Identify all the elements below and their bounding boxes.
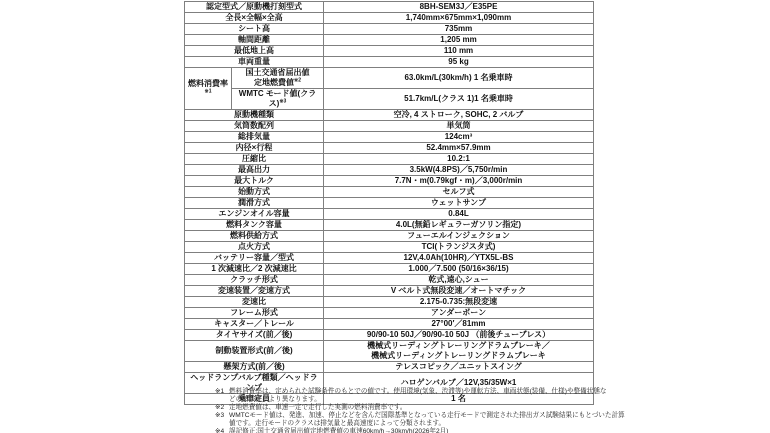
row-value: 3.5kW(4.8PS)／5,750r/min (324, 165, 594, 176)
row-value: 63.0km/L(30km/h) 1 名乗車時 (324, 68, 594, 89)
footnote-line: ※3WMTCモード値は、発進、加速、停止などを含んだ国際基準となっている走行モー… (215, 412, 715, 420)
row-label: 全長×全幅×全高 (185, 13, 324, 24)
row-label: 認定型式／原動機打刻型式 (185, 2, 324, 13)
row-value: 0.84L (324, 209, 594, 220)
row-value: アンダーボーン (324, 308, 594, 319)
footnote-ref: ※3 (279, 98, 286, 104)
table-row: 最高出力3.5kW(4.8PS)／5,750r/min (185, 165, 594, 176)
footnote-text: 誤記修正:国土交通省届出値定地燃費値の車速60km/h→30km/h(2026年… (229, 428, 448, 433)
footnote-line: ※1燃料消費率は、定められた試験条件のもとでの値です。使用環境(気象、渋滞等)や… (215, 388, 715, 396)
row-label: 原動機種類 (185, 110, 324, 121)
row-value: 乾式,遠心,シュー (324, 275, 594, 286)
row-label: エンジンオイル容量 (185, 209, 324, 220)
footnote-text: どの諸条件により異なります。 (229, 396, 321, 404)
row-label: 変速装置／変速方式 (185, 286, 324, 297)
row-label: 最低地上高 (185, 46, 324, 57)
footnote-line: ※2定地燃費値は、車速一定で走行した実測の燃料消費率です。 (215, 404, 715, 412)
footnote-text: 定地燃費値は、車速一定で走行した実測の燃料消費率です。 (229, 404, 407, 412)
footnote-marker: ※3 (215, 412, 229, 420)
table-row: タイヤサイズ(前／後)90/90-10 50J／90/90-10 50J （前後… (185, 330, 594, 341)
row-value: 124cm³ (324, 132, 594, 143)
row-label: タイヤサイズ(前／後) (185, 330, 324, 341)
row-label: 点火方式 (185, 242, 324, 253)
table-row: 最低地上高110 mm (185, 46, 594, 57)
table-row: シート高735mm (185, 24, 594, 35)
row-value: セルフ式 (324, 187, 594, 198)
row-label: 国土交通省届出値 定地燃費値※2 (232, 68, 324, 89)
table-row: 燃料供給方式フューエルインジェクション (185, 231, 594, 242)
row-label: シート高 (185, 24, 324, 35)
row-value: V ベルト式無段変速／オートマチック (324, 286, 594, 297)
row-label: 1 次減速比／2 次減速比 (185, 264, 324, 275)
table-row: 点火方式TCI(トランジスタ式) (185, 242, 594, 253)
row-value: 95 kg (324, 57, 594, 68)
footnote-text: WMTCモード値は、発進、加速、停止などを含んだ国際基準となっている走行モードで… (229, 412, 625, 420)
table-row: 制動装置形式(前／後)機械式リーディングトレーリングドラムブレーキ／ 機械式リー… (185, 341, 594, 362)
row-label: 変速比 (185, 297, 324, 308)
row-value: 1.000／7.500 (50/16×36/15) (324, 264, 594, 275)
row-value: 4.0L(無鉛レギュラーガソリン指定) (324, 220, 594, 231)
table-row: バッテリー容量／型式12V,4.0Ah(10HR)／YTX5L-BS (185, 253, 594, 264)
row-value: 52.4mm×57.9mm (324, 143, 594, 154)
row-value: 12V,4.0Ah(10HR)／YTX5L-BS (324, 253, 594, 264)
table-row: 燃料タンク容量4.0L(無鉛レギュラーガソリン指定) (185, 220, 594, 231)
footnote-line: どの諸条件により異なります。 (229, 396, 715, 404)
table-row: 潤滑方式ウェットサンプ (185, 198, 594, 209)
table-row: 始動方式セルフ式 (185, 187, 594, 198)
footnote-text: 値です。走行モードのクラスは排気量と最高速度によって分類されます。 (229, 420, 445, 428)
row-label: 圧縮比 (185, 154, 324, 165)
row-label: 燃料タンク容量 (185, 220, 324, 231)
row-group-label: 燃料消費率※1 (185, 68, 232, 110)
row-value: 90/90-10 50J／90/90-10 50J （前後チューブレス） (324, 330, 594, 341)
footnote-ref: ※2 (294, 77, 301, 83)
footnote-line: 値です。走行モードのクラスは排気量と最高速度によって分類されます。 (229, 420, 715, 428)
row-value: 735mm (324, 24, 594, 35)
row-label: 燃料供給方式 (185, 231, 324, 242)
table-row: 全長×全幅×全高1,740mm×675mm×1,090mm (185, 13, 594, 24)
row-value: TCI(トランジスタ式) (324, 242, 594, 253)
row-label: クラッチ形式 (185, 275, 324, 286)
table-row: 最大トルク7.7N・m(0.79kgf・m)／3,000r/min (185, 176, 594, 187)
table-row: 圧縮比10.2:1 (185, 154, 594, 165)
row-label: 潤滑方式 (185, 198, 324, 209)
row-label: 懸架方式(前／後) (185, 362, 324, 373)
row-value: 10.2:1 (324, 154, 594, 165)
table-row: キャスター／トレール27°00′／81mm (185, 319, 594, 330)
table-row: 変速比2.175-0.735:無段変速 (185, 297, 594, 308)
table-row: 車両重量95 kg (185, 57, 594, 68)
row-label: 総排気量 (185, 132, 324, 143)
row-label: 車両重量 (185, 57, 324, 68)
table-row: フレーム形式アンダーボーン (185, 308, 594, 319)
row-value: 8BH-SEM3J／E35PE (324, 2, 594, 13)
table-row: 原動機種類空冷, 4 ストローク, SOHC, 2 バルブ (185, 110, 594, 121)
table-row: 燃料消費率※1国土交通省届出値 定地燃費値※263.0km/L(30km/h) … (185, 68, 594, 89)
footnote-marker: ※4 (215, 428, 229, 433)
row-value: ウェットサンプ (324, 198, 594, 209)
row-label: WMTC モード値(クラス)※3 (232, 89, 324, 110)
row-label: 内径×行程 (185, 143, 324, 154)
spec-sheet: 認定型式／原動機打刻型式8BH-SEM3J／E35PE全長×全幅×全高1,740… (0, 0, 770, 433)
row-label: バッテリー容量／型式 (185, 253, 324, 264)
row-value: 1,205 mm (324, 35, 594, 46)
row-value: 空冷, 4 ストローク, SOHC, 2 バルブ (324, 110, 594, 121)
spec-table-body: 認定型式／原動機打刻型式8BH-SEM3J／E35PE全長×全幅×全高1,740… (185, 2, 594, 405)
row-value: 単気筒 (324, 121, 594, 132)
table-row: 変速装置／変速方式V ベルト式無段変速／オートマチック (185, 286, 594, 297)
row-label: 気筒数配列 (185, 121, 324, 132)
row-label: 軸間距離 (185, 35, 324, 46)
table-row: 内径×行程52.4mm×57.9mm (185, 143, 594, 154)
row-value: 7.7N・m(0.79kgf・m)／3,000r/min (324, 176, 594, 187)
row-value: テレスコピック／ユニットスイング (324, 362, 594, 373)
footnote-marker: ※2 (215, 404, 229, 412)
table-row: 軸間距離1,205 mm (185, 35, 594, 46)
table-row: エンジンオイル容量0.84L (185, 209, 594, 220)
table-row: 総排気量124cm³ (185, 132, 594, 143)
table-row: WMTC モード値(クラス)※351.7km/L(クラス 1)1 名乗車時 (185, 89, 594, 110)
row-value: 27°00′／81mm (324, 319, 594, 330)
row-value: 2.175-0.735:無段変速 (324, 297, 594, 308)
row-label: 制動装置形式(前／後) (185, 341, 324, 362)
row-value: 1,740mm×675mm×1,090mm (324, 13, 594, 24)
row-value: 110 mm (324, 46, 594, 57)
footnote-marker: ※1 (215, 388, 229, 396)
footnote-line: ※4誤記修正:国土交通省届出値定地燃費値の車速60km/h→30km/h(202… (215, 428, 715, 433)
footnote-ref: ※1 (205, 88, 212, 94)
row-label: キャスター／トレール (185, 319, 324, 330)
spec-table: 認定型式／原動機打刻型式8BH-SEM3J／E35PE全長×全幅×全高1,740… (184, 1, 594, 405)
row-label: フレーム形式 (185, 308, 324, 319)
table-row: 認定型式／原動機打刻型式8BH-SEM3J／E35PE (185, 2, 594, 13)
table-row: クラッチ形式乾式,遠心,シュー (185, 275, 594, 286)
table-row: 1 次減速比／2 次減速比1.000／7.500 (50/16×36/15) (185, 264, 594, 275)
row-label: 最高出力 (185, 165, 324, 176)
footnotes: ※1燃料消費率は、定められた試験条件のもとでの値です。使用環境(気象、渋滞等)や… (215, 388, 715, 433)
row-label: 最大トルク (185, 176, 324, 187)
table-row: 気筒数配列単気筒 (185, 121, 594, 132)
footnote-text: 燃料消費率は、定められた試験条件のもとでの値です。使用環境(気象、渋滞等)や運転… (229, 388, 607, 396)
row-value: フューエルインジェクション (324, 231, 594, 242)
row-label: 始動方式 (185, 187, 324, 198)
table-row: 懸架方式(前／後)テレスコピック／ユニットスイング (185, 362, 594, 373)
row-value: 機械式リーディングトレーリングドラムブレーキ／ 機械式リーディングトレーリングド… (324, 341, 594, 362)
row-value: 51.7km/L(クラス 1)1 名乗車時 (324, 89, 594, 110)
